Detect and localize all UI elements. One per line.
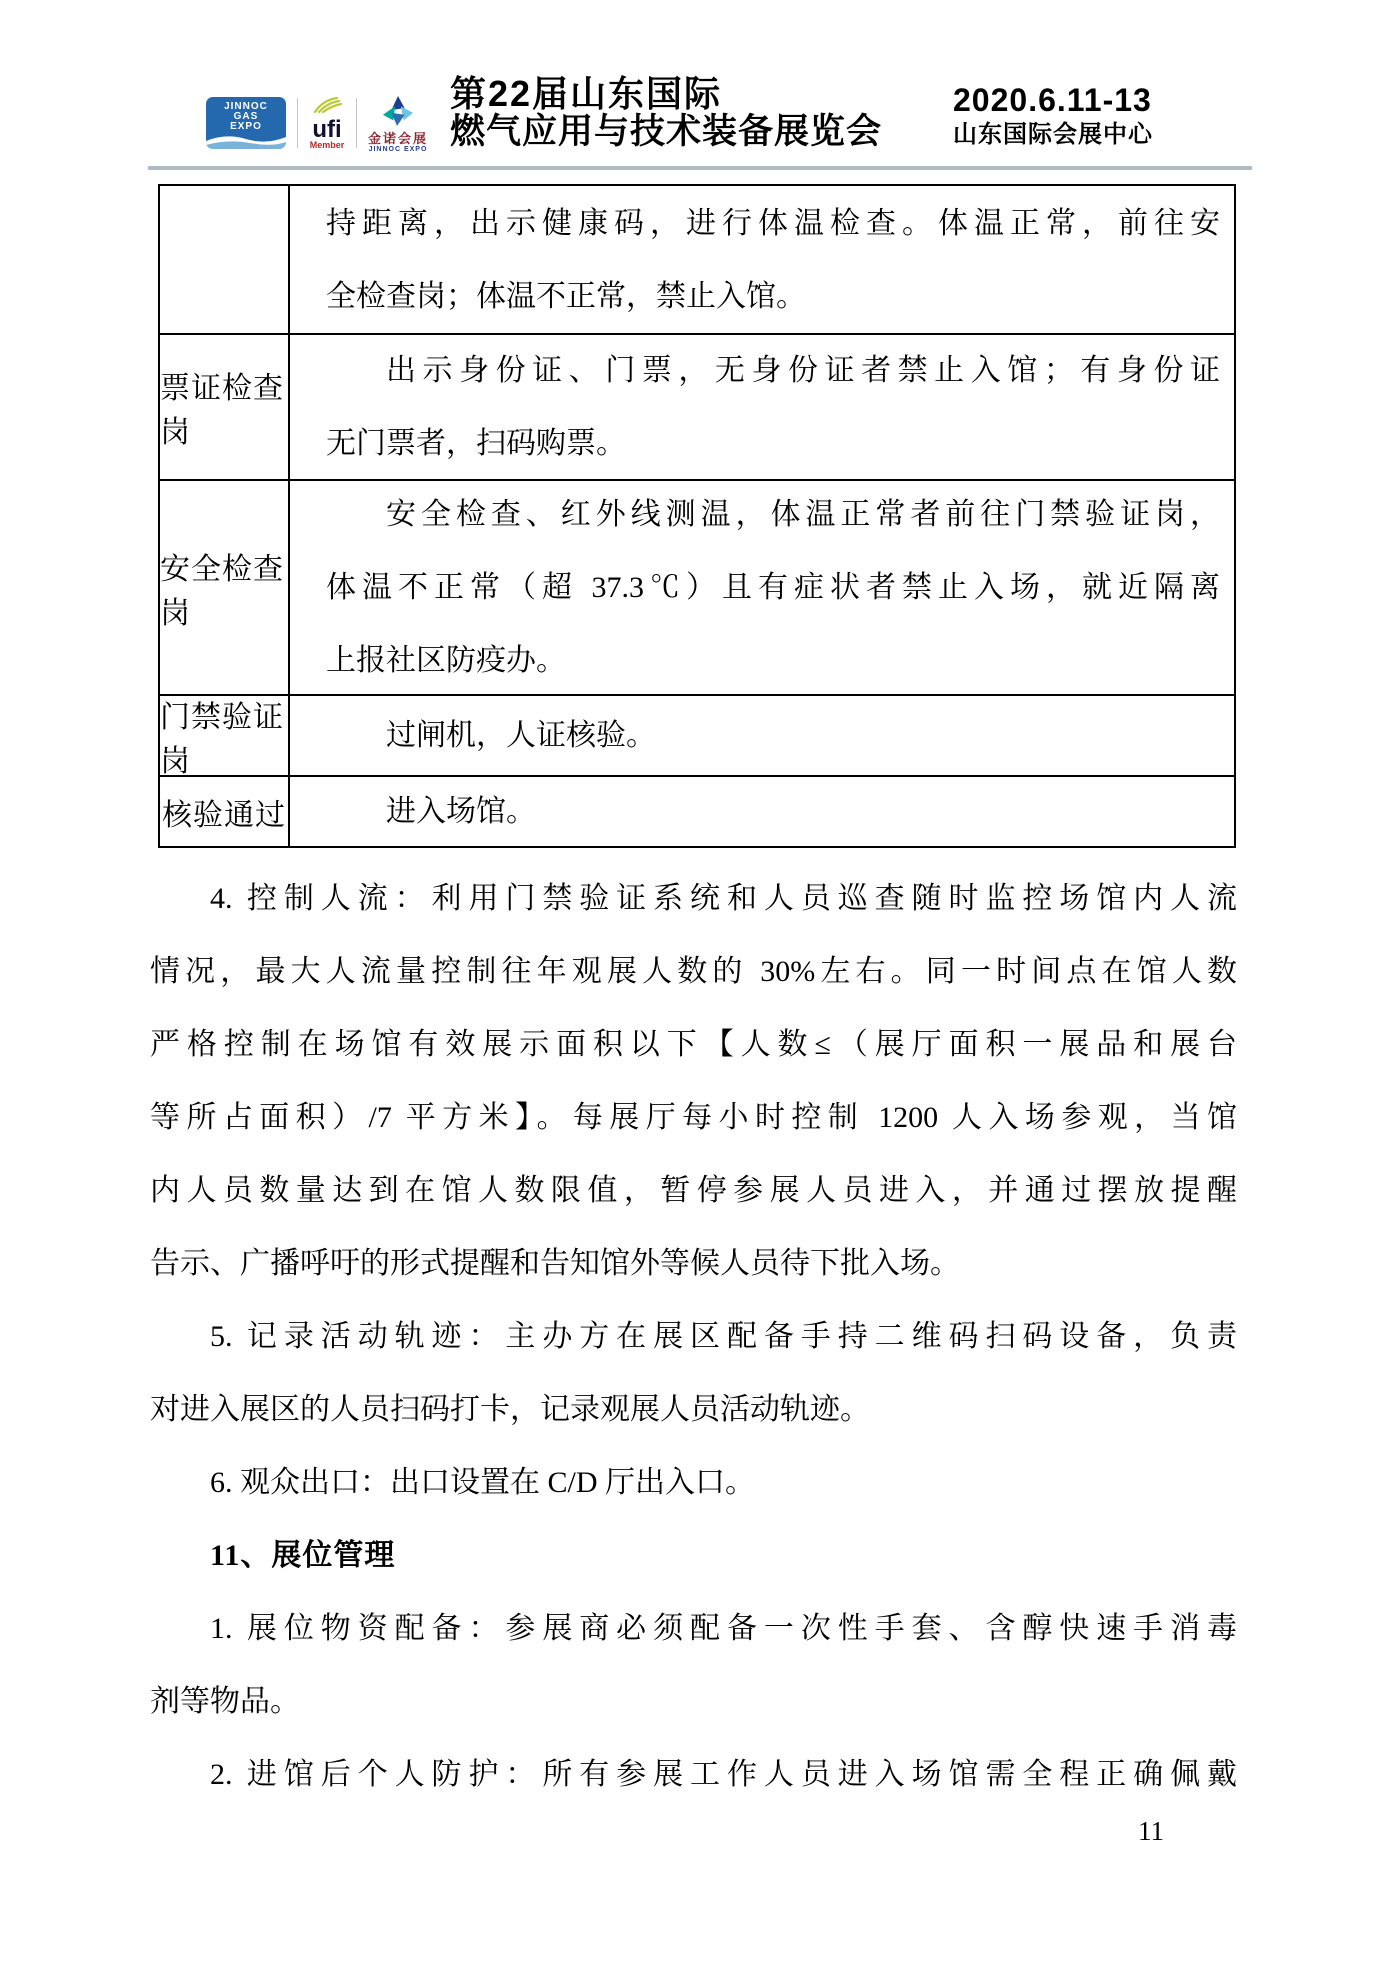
- expo-venue: 山东国际会展中心: [953, 119, 1153, 150]
- paragraph-line: 2. 进馆后个人防护：所有参展工作人员进入场馆需全程正确佩戴: [150, 1738, 1237, 1811]
- paragraph-line: 告示、广播呼吁的形式提醒和告知馆外等候人员待下批入场。: [150, 1227, 1237, 1300]
- table-cell-line: 体温不正常（超 37.3℃）且有症状者禁止入场，就近隔离: [326, 551, 1220, 624]
- table-row-label: 安全检查岗: [160, 481, 290, 694]
- page-number: 11: [1138, 1816, 1164, 1846]
- table-cell-line: 持距离，出示健康码，进行体温检查。体温正常，前往安: [326, 187, 1220, 260]
- jinnoc-gas-expo-logo: JINNOC GAS EXPO: [206, 97, 286, 149]
- expo-title-line1: 第22届山东国际: [450, 74, 882, 113]
- table-cell-line: 出示身份证、门票，无身份证者禁止入馆；有身份证: [326, 335, 1220, 407]
- paragraph-line: 5. 记录活动轨迹：主办方在展区配备手持二维码扫码设备，负责: [150, 1300, 1237, 1373]
- table-row: 安全检查岗 安全检查、红外线测温，体温正常者前往门禁验证岗， 体温不正常（超 3…: [160, 479, 1234, 694]
- table-row: 票证检查岗 出示身份证、门票，无身份证者禁止入馆；有身份证 无门票者，扫码购票。: [160, 333, 1234, 479]
- table-row-label: [160, 186, 290, 333]
- expo-title: 第22届山东国际 燃气应用与技术装备展览会: [450, 74, 882, 151]
- expo-date-venue: 2020.6.11-13 山东国际会展中心: [953, 82, 1153, 150]
- table-row-content: 出示身份证、门票，无身份证者禁止入馆；有身份证 无门票者，扫码购票。: [290, 335, 1234, 479]
- table-row-label: 门禁验证岗: [160, 696, 290, 775]
- jinnoc-cn-text: 金诺会展: [368, 132, 428, 146]
- table-cell-line: 上报社区防疫办。: [326, 624, 1220, 694]
- section-heading: 11、展位管理: [150, 1519, 1237, 1592]
- table-cell-line: 过闸机，人证核验。: [326, 699, 1220, 772]
- table-row: 持距离，出示健康码，进行体温检查。体温正常，前往安 全检查岗；体温不正常，禁止入…: [160, 186, 1234, 333]
- paragraph-line: 剂等物品。: [150, 1665, 1237, 1738]
- wave-icon: [206, 131, 286, 149]
- table-row: 核验通过 进入场馆。: [160, 775, 1234, 846]
- table-row-content: 持距离，出示健康码，进行体温检查。体温正常，前往安 全检查岗；体温不正常，禁止入…: [290, 186, 1234, 333]
- table-row-content: 进入场馆。: [290, 777, 1234, 846]
- document-page: JINNOC GAS EXPO ufi Member: [0, 0, 1390, 1965]
- paragraph-line: 情况，最大人流量控制往年观展人数的 30%左右。同一时间点在馆人数: [150, 935, 1237, 1008]
- table-cell-line: 进入场馆。: [326, 777, 1220, 846]
- table-cell-line: 无门票者，扫码购票。: [326, 407, 1220, 479]
- paragraph-line: 严格控制在场馆有效展示面积以下【人数≤（展厅面积一展品和展台: [150, 1008, 1237, 1081]
- paragraph-line: 4. 控制人流：利用门禁验证系统和人员巡查随时监控场馆内人流: [150, 862, 1237, 935]
- header-rule: [148, 166, 1252, 170]
- expo-date: 2020.6.11-13: [953, 82, 1153, 119]
- divider: [356, 98, 357, 148]
- table-row-content: 过闸机，人证核验。: [290, 696, 1234, 775]
- ufi-member-logo: ufi Member: [309, 96, 345, 150]
- entry-procedure-table: 持距离，出示健康码，进行体温检查。体温正常，前往安 全检查岗；体温不正常，禁止入…: [158, 184, 1236, 848]
- expo-title-line2: 燃气应用与技术装备展览会: [450, 113, 882, 151]
- table-row-label: 票证检查岗: [160, 335, 290, 479]
- paragraph-line: 1. 展位物资配备：参展商必须配备一次性手套、含醇快速手消毒: [150, 1592, 1237, 1665]
- ufi-member-text: Member: [309, 140, 345, 150]
- logo-text: JINNOC: [206, 97, 286, 112]
- body-text: 4. 控制人流：利用门禁验证系统和人员巡查随时监控场馆内人流 情况，最大人流量控…: [150, 862, 1237, 1811]
- paragraph-line: 对进入展区的人员扫码打卡，记录观展人员活动轨迹。: [150, 1373, 1237, 1446]
- header-logos: JINNOC GAS EXPO ufi Member: [206, 94, 428, 152]
- star-icon: [380, 95, 416, 127]
- table-cell-line: 全检查岗；体温不正常，禁止入馆。: [326, 260, 1220, 333]
- fan-icon: [309, 96, 345, 114]
- divider: [297, 98, 298, 148]
- table-row-content: 安全检查、红外线测温，体温正常者前往门禁验证岗， 体温不正常（超 37.3℃）且…: [290, 481, 1234, 694]
- paragraph-line: 内人员数量达到在馆人数限值，暂停参展人员进入，并通过摆放提醒: [150, 1154, 1237, 1227]
- table-row-label: 核验通过: [160, 777, 290, 846]
- jinnoc-en-text: JINNOC EXPO: [368, 146, 428, 154]
- paragraph-line: 等所占面积）/7 平方米】。每展厅每小时控制 1200 人入场参观，当馆: [150, 1081, 1237, 1154]
- jinnoc-expo-logo: 金诺会展 JINNOC EXPO: [368, 95, 428, 154]
- table-row: 门禁验证岗 过闸机，人证核验。: [160, 694, 1234, 775]
- paragraph-line: 6. 观众出口：出口设置在 C/D 厅出入口。: [150, 1446, 1237, 1519]
- ufi-logo-text: ufi: [309, 119, 345, 140]
- table-cell-line: 安全检查、红外线测温，体温正常者前往门禁验证岗，: [326, 481, 1220, 551]
